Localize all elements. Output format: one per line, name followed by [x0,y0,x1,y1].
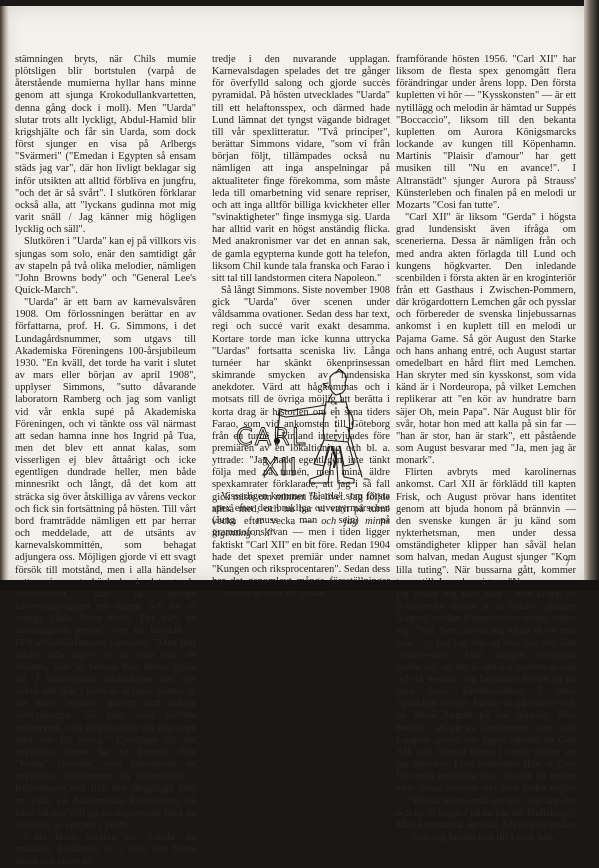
page-spine-shadow [0,6,9,582]
paragraph: stämningen bryts, när Chils mumie plötsl… [15,54,196,236]
svg-text:XII: XII [262,453,299,481]
paragraph: "Uarda" är ett barn av karnevalsvåren 19… [15,297,196,591]
background-edge [0,580,599,591]
text-column-middle-bottom: Visserligen kommer "Uarda" som första sp… [212,491,390,591]
text-column-right: framförande hösten 1956. "Carl XII" har … [396,54,576,591]
page-edge [584,0,599,591]
paragraph: framförande hösten 1956. "Carl XII" har … [396,54,576,212]
paragraph: Visserligen kommer "Uarda" som första sp… [212,491,390,591]
paragraph: "Carl XII" är liksom "Gerda" i högsta gr… [396,212,576,467]
page-number: 7 [565,559,570,569]
svg-text:CARL: CARL [236,423,307,451]
text-column-left: stämningen bryts, när Chils mumie plötsl… [15,54,196,591]
paragraph: Flirten avbryts med karolinernas ankomst… [396,467,576,591]
paragraph: tredje i den nuvarande upplagan. Karneva… [212,54,390,285]
paragraph: Slutkören i "Uarda" kan ej på villkors v… [15,236,196,297]
carl-xii-illustration: CARL XII [232,367,388,485]
